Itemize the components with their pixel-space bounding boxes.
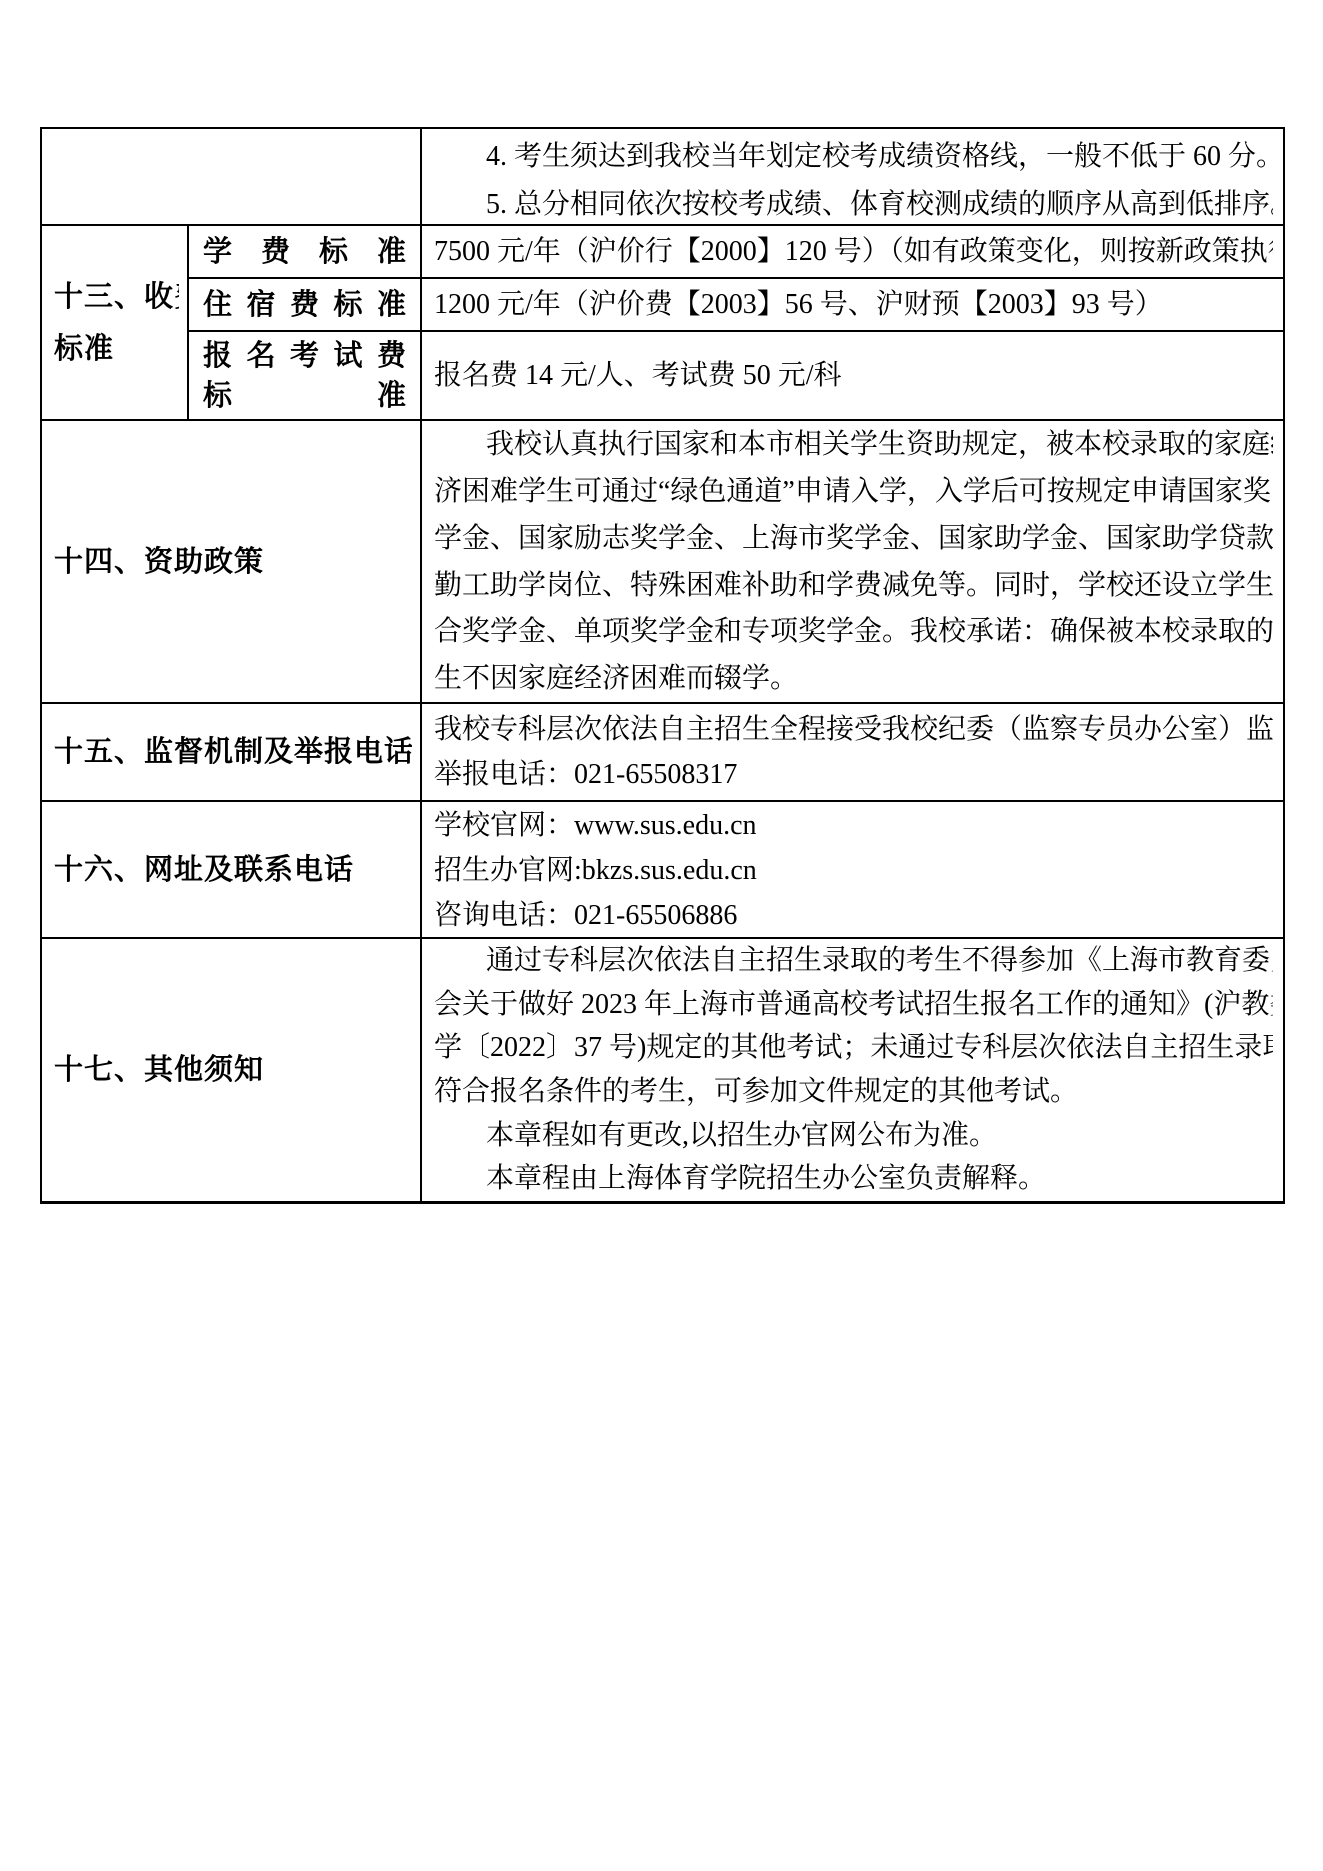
text-line: 通过专科层次依法自主招生录取的考生不得参加《上海市教育委员: [434, 939, 1273, 983]
section-14-aid-content: 我校认真执行国家和本市相关学生资助规定，被本校录取的家庭经 济困难学生可通过“绿…: [422, 421, 1283, 704]
text-line: 我校认真执行国家和本市相关学生资助规定，被本校录取的家庭经: [434, 421, 1273, 468]
tuition-fee-value: 7500 元/年（沪价行【2000】120 号）（如有政策变化，则按新政策执行）: [422, 226, 1283, 279]
label-line: 十五、监督机制及举报电话: [54, 726, 412, 778]
text-line: 济困难学生可通过“绿色通道”申请入学，入学后可按规定申请国家奖: [434, 468, 1273, 515]
text-line: 举报电话：021-65508317: [434, 752, 1273, 797]
section-14-aid-label: 十四、资助政策: [42, 421, 422, 704]
section-16-contact-label: 十六、网址及联系电话: [42, 802, 422, 939]
text-line: 5. 总分相同依次按校考成绩、体育校测成绩的顺序从高到低排序。: [434, 177, 1273, 225]
text-line: 会关于做好 2023 年上海市普通高校考试招生报名工作的通知》(沪教委: [434, 983, 1273, 1027]
text-line: 4. 考生须达到我校当年划定校考成绩资格线，一般不低于 60 分。: [434, 129, 1273, 177]
section-15-supervision-content: 我校专科层次依法自主招生全程接受我校纪委（监察专员办公室）监督。 举报电话：02…: [422, 704, 1283, 802]
housing-fee-value: 1200 元/年（沪价费【2003】56 号、沪财预【2003】93 号）: [422, 279, 1283, 332]
text-line: 学金、国家励志奖学金、上海市奖学金、国家助学金、国家助学贷款、: [434, 515, 1273, 562]
text-line: 报名费 14 元/人、考试费 50 元/科: [434, 352, 1273, 399]
text-line: 我校专科层次依法自主招生全程接受我校纪委（监察专员办公室）监督。: [434, 707, 1273, 752]
text-line: 学〔2022〕37 号)规定的其他考试；未通过专科层次依法自主招生录取且: [434, 1026, 1273, 1070]
document-page: 4. 考生须达到我校当年划定校考成绩资格线，一般不低于 60 分。 5. 总分相…: [0, 0, 1323, 1871]
text-line: 勤工助学岗位、特殊困难补助和学费减免等。同时，学校还设立学生综: [434, 562, 1273, 609]
text-line: 咨询电话：021-65506886: [434, 892, 1273, 937]
text-line: 学校官网：www.sus.edu.cn: [434, 802, 1273, 847]
label-line: 标准: [54, 323, 179, 375]
prev-section-empty-cell: [42, 129, 422, 226]
text-line: 1200 元/年（沪价费【2003】56 号、沪财预【2003】93 号）: [434, 281, 1273, 328]
label-line: 报名考试费: [203, 336, 406, 376]
text-line: 本章程由上海体育学院招生办公室负责解释。: [434, 1157, 1273, 1201]
label-line: 十七、其他须知: [54, 1044, 412, 1096]
text-line: 合奖学金、单项奖学金和专项奖学金。我校承诺：确保被本校录取的学: [434, 608, 1273, 655]
text-line: 招生办官网:bkzs.sus.edu.cn: [434, 847, 1273, 892]
text-line: 生不因家庭经济困难而辍学。: [434, 655, 1273, 702]
section-17-other-content: 通过专科层次依法自主招生录取的考生不得参加《上海市教育委员 会关于做好 2023…: [422, 939, 1283, 1201]
label-line: 标准: [203, 376, 406, 416]
text-line: 本章程如有更改,以招生办官网公布为准。: [434, 1114, 1273, 1158]
label-line: 十六、网址及联系电话: [54, 844, 412, 896]
section-13-fees-label: 十三、收费 标准: [42, 226, 189, 421]
admissions-charter-table: 4. 考生须达到我校当年划定校考成绩资格线，一般不低于 60 分。 5. 总分相…: [40, 127, 1285, 1204]
label-line: 住宿费标准: [203, 285, 406, 325]
label-line: 十四、资助政策: [54, 536, 412, 588]
exam-fee-value: 报名费 14 元/人、考试费 50 元/科: [422, 332, 1283, 421]
label-line: 十三、收费: [54, 271, 179, 323]
exam-fee-label: 报名考试费 标准: [189, 332, 422, 421]
prev-section-content-cell: 4. 考生须达到我校当年划定校考成绩资格线，一般不低于 60 分。 5. 总分相…: [422, 129, 1283, 226]
section-15-supervision-label: 十五、监督机制及举报电话: [42, 704, 422, 802]
section-17-other-label: 十七、其他须知: [42, 939, 422, 1201]
text-line: 符合报名条件的考生，可参加文件规定的其他考试。: [434, 1070, 1273, 1114]
label-line: 学费标准: [203, 232, 406, 272]
text-line: 7500 元/年（沪价行【2000】120 号）（如有政策变化，则按新政策执行）: [434, 228, 1273, 275]
housing-fee-label: 住宿费标准: [189, 279, 422, 332]
tuition-fee-label: 学费标准: [189, 226, 422, 279]
section-16-contact-content: 学校官网：www.sus.edu.cn 招生办官网:bkzs.sus.edu.c…: [422, 802, 1283, 939]
